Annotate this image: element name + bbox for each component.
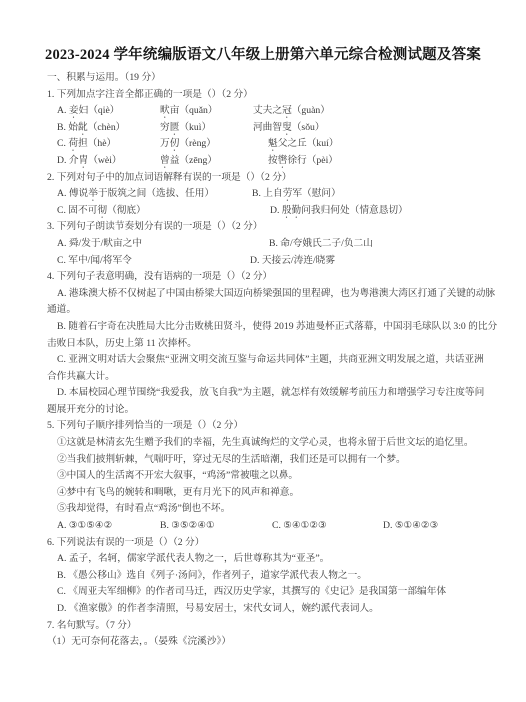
q1-option-c1: C. 荷担（hè） [57,136,116,154]
q2-option-c: C. 固不可彻（彻底） [57,203,146,221]
text-segment: A. 港珠澳大桥不仅树起了中国由桥梁大国迈向桥梁强国的里程碑，也为粤港澳大湾区打… [57,288,495,299]
q2-options-row-2: C. 固不可彻（彻底）D. 殷勤问我归何处（情意恳切） [47,203,494,220]
q5-option-c: C. ⑤④①②③ [272,518,327,535]
q1-options-row-a: A. 妾妇（qiè）畎亩（quǎn）丈夫之冠（guàn） [47,103,494,120]
text-segment: 于版筑之间（选拔、任用） [98,188,214,199]
q5-sentence-5: ⑤我却觉得，有时看点“鸡汤”倒也不坏。 [47,501,494,518]
text-segment: C. [57,138,68,149]
text-segment: 河曲智 [253,122,282,133]
q5-sentence-1: ①这就是林清玄先生赠予我们的幸福，先生真诚绚烂的文学心灵，也将永留于后世文坛的追… [47,435,494,452]
emphasis-dotted-text: 妾 [69,105,79,116]
text-segment: 7. 名句默写。（7 分） [47,620,137,631]
text-segment: A. 傅说 [57,188,88,199]
q5-sentence-4: ④梦中有飞鸟的婉转和啁啾，更有月光下的风声和禅意。 [47,485,494,502]
text-segment: C. 军中/闻/将军令 [57,255,132,266]
text-segment: C. ⑤④①②③ [272,520,327,531]
emphasis-dotted-text: 叟 [282,122,292,133]
text-segment: 按 [268,155,278,166]
text-segment: ②当我们披荆斩棘，气喘吁吁，穿过无尽的生活暗潮，我们还是可以拥有一个梦。 [57,454,406,465]
q5-option-a: A. ③①⑤④② [57,518,112,535]
text-segment: 3. 下列句子朗读节奏划分有误的一项是（）（2 分） [47,221,263,232]
emphasis-dotted-text: 仞 [170,138,180,149]
q5-stem: 5. 下列句子顺序排列恰当的一项是（）（2 分） [47,418,494,435]
q6-option-d: D. 《渔家傲》的作者李清照，号易安居士，宋代女词人，婉约派代表词人。 [47,601,494,618]
text-segment: （kuì） [179,122,211,133]
text-segment: 题展开充分的讨论。 [47,404,134,415]
exam-document-page: 2023-2024 学年统编版语文八年级上册第六单元综合检测试题及答案 一、积累… [0,0,526,702]
q7-stem: 7. 名句默写。（7 分） [47,618,494,635]
text-segment: 担（hè） [78,138,116,149]
text-segment: D. 《渔家傲》的作者李清照，号易安居士，宋代女词人，婉约派代表词人。 [57,603,379,614]
text-segment: C. 亚洲文明对话大会聚焦“亚洲文明交流互鉴与命运共同体”主题，共商亚洲文明发展… [57,354,484,365]
text-segment: ①这就是林清玄先生赠予我们的幸福，先生真诚绚烂的文学心灵，也将永留于后世文坛的追… [57,437,474,448]
emphasis-dotted-text: 辔 [278,155,288,166]
text-segment: ④梦中有飞鸟的婉转和啁啾，更有月光下的风声和禅意。 [57,487,299,498]
text-segment: 合作共赢大计。 [47,371,115,382]
q1-option-b1: B. 始龀（chèn） [57,120,125,138]
text-segment: 益（zēng） [170,155,217,166]
q4-stem: 4. 下列句子表意明确，没有语病的一项是（）（2 分） [47,269,494,286]
text-segment: 6. 下列说法有误的一项是（）（2 分） [47,537,204,548]
text-segment: D. 天接云/涛连/晓雾 [250,255,335,266]
section-1-heading: 一、积累与运用。（19 分） [47,70,494,87]
text-segment: D. 介 [57,155,79,166]
q3-option-b: B. 命/夸娥氏二子/负二山 [269,236,373,253]
q5-sentence-3: ③中国人的生活离不开宏大叙事，“鸡汤”常被嗤之以鼻。 [47,468,494,485]
document-title: 2023-2024 学年统编版语文八年级上册第六单元综合检测试题及答案 [0,46,526,64]
emphasis-dotted-text: 荷 [68,138,78,149]
q1-options-row-d: D. 介胄（wèi）曾益（zēng）按辔徐行（pèi） [47,153,494,170]
emphasis-dotted-text: 殷勤 [282,205,301,216]
q1-options-row-b: B. 始龀（chèn）穷匮（kuì）河曲智叟（sǒu） [47,120,494,137]
emphasis-dotted-text: 曾 [160,155,170,166]
q6-option-a: A. 孟子，名轲，儒家学派代表人物之一，后世尊称其为“亚圣”。 [47,551,494,568]
q6-option-b: B. 《愚公移山》选自《列子·汤问》，作者列子，道家学派代表人物之一。 [47,568,494,585]
q1-option-c3: 魁父之丘（kuí） [268,136,339,154]
text-segment: A. 舜/发于/畎亩之中 [57,238,142,249]
q5-sentence-2: ②当我们披荆斩棘，气喘吁吁，穿过无尽的生活暗潮，我们还是可以拥有一个梦。 [47,452,494,469]
q4-option-a-line-2: 通道。 [47,302,494,319]
emphasis-dotted-text: 畎 [160,105,170,116]
q1-option-d2: 曾益（zēng） [160,153,217,171]
q1-options-row-c: C. 荷担（hè）万仞（rèng）魁父之丘（kuí） [47,136,494,153]
q2-option-b: B. 上自劳军（慰问） [252,186,341,204]
q3-option-c: C. 军中/闻/将军令 [57,253,132,270]
q1-option-a3: 丈夫之冠（guàn） [253,103,330,121]
q6-stem: 6. 下列说法有误的一项是（）（2 分） [47,535,494,552]
q3-options-row-2: C. 军中/闻/将军令D. 天接云/涛连/晓雾 [47,253,494,270]
q5-option-b: B. ③⑤②④① [160,518,215,535]
text-segment: B. ③⑤②④① [160,520,215,531]
text-segment: B. 随着石宇奇在决胜局大比分击败桃田贤斗，使得 2019 苏迪曼杯正式落幕，中… [57,321,497,332]
text-segment: 通道。 [47,304,76,315]
text-segment: A. ③①⑤④② [57,520,112,531]
q4-option-a-line-1: A. 港珠澳大桥不仅树起了中国由桥梁大国迈向桥梁强国的里程碑，也为粤港澳大湾区打… [47,286,494,303]
text-segment: 5. 下列句子顺序排列恰当的一项是（）（2 分） [47,420,243,431]
text-segment: 1. 下列加点字注音全都正确的一项是（）（2 分） [47,89,253,100]
q4-option-c-line-1: C. 亚洲文明对话大会聚焦“亚洲文明交流互鉴与命运共同体”主题，共商亚洲文明发展… [47,352,494,369]
emphasis-dotted-text: 举 [88,188,98,199]
q3-option-a: A. 舜/发于/畎亩之中 [57,236,142,253]
q1-stem: 1. 下列加点字注音全都正确的一项是（）（2 分） [47,87,494,104]
text-segment: 一、积累与运用。（19 分） [47,72,161,83]
q1-option-d3: 按辔徐行（pèi） [268,153,338,171]
document-body: 一、积累与运用。（19 分）1. 下列加点字注音全都正确的一项是（）（2 分）A… [47,70,494,651]
text-segment: 父之丘（kuí） [278,138,339,149]
q4-option-d-line-2: 题展开充分的讨论。 [47,402,494,419]
text-segment: 徐行（pèi） [287,155,338,166]
text-segment: D. ⑤①④②③ [383,520,438,531]
emphasis-dotted-text: 龀 [78,122,88,133]
emphasis-dotted-text: 胄 [79,155,89,166]
text-segment: B. 《愚公移山》选自《列子·汤问》，作者列子，道家学派代表人物之一。 [57,570,367,581]
q1-option-a2: 畎亩（quǎn） [160,103,218,121]
text-segment: 妇（qiè） [79,105,120,116]
text-segment: ⑤我却觉得，有时看点“鸡汤”倒也不坏。 [57,503,230,514]
emphasis-dotted-text: 冠 [282,105,292,116]
q3-stem: 3. 下列句子朗读节奏划分有误的一项是（）（2 分） [47,219,494,236]
q4-option-b-line-2: 击败日本队，历史上第 11 次捧杯。 [47,336,494,353]
text-segment: B. 上自 [252,188,283,199]
q7-item-1: （1）无可奈何花落去，。（晏殊《浣溪沙》） [47,634,494,651]
text-segment: （彻底） [107,205,146,216]
text-segment: （1）无可奈何花落去，。（晏殊《浣溪沙》） [47,636,231,647]
q6-option-c: C. 《周亚夫军细柳》的作者司马迁，西汉历史学家，其撰写的《史记》是我国第一部编… [47,584,494,601]
q3-option-d: D. 天接云/涛连/晓雾 [250,253,335,270]
q2-option-d: D. 殷勤问我归何处（情意恳切） [270,203,408,221]
text-segment: （sǒu） [292,122,325,133]
text-segment: ③中国人的生活离不开宏大叙事，“鸡汤”常被嗤之以鼻。 [57,470,298,481]
text-segment: 问我归何处（情意恳切） [301,205,408,216]
text-segment: B. 命/夸娥氏二子/负二山 [269,238,373,249]
q1-option-d1: D. 介胄（wèi） [57,153,122,171]
q1-option-a1: A. 妾妇（qiè） [57,103,119,121]
emphasis-dotted-text: 劳 [283,188,293,199]
text-segment: 万 [160,138,170,149]
text-segment: B. 始 [57,122,78,133]
text-segment: （rèng） [179,138,216,149]
text-segment: D. 本届校园心理节围绕“我爱我，放飞自我”为主题，就怎样有效缓解考前压力和增强… [57,387,484,398]
text-segment: （wèi） [88,155,121,166]
q1-option-b3: 河曲智叟（sǒu） [253,120,325,138]
q2-stem: 2. 下列对句子中的加点词语解释有误的一项是（）（2 分） [47,170,494,187]
text-segment: 穷 [160,122,170,133]
text-segment: D. [270,205,282,216]
q1-option-c2: 万仞（rèng） [160,136,216,154]
text-segment: 亩（quǎn） [170,105,218,116]
text-segment: 击败日本队，历史上第 11 次捧杯。 [47,338,197,349]
emphasis-dotted-text: 魁 [268,138,278,149]
q4-option-b-line-1: B. 随着石宇奇在决胜局大比分击败桃田贤斗，使得 2019 苏迪曼杯正式落幕，中… [47,319,494,336]
emphasis-dotted-text: 匮 [170,122,180,133]
q2-option-a: A. 傅说举于版筑之间（选拔、任用） [57,186,214,204]
q5-options-row: A. ③①⑤④②B. ③⑤②④①C. ⑤④①②③D. ⑤①④②③ [47,518,494,535]
text-segment: 2. 下列对句子中的加点词语解释有误的一项是（）（2 分） [47,172,292,183]
text-segment: 丈夫之 [253,105,282,116]
text-segment: 军（慰问） [292,188,340,199]
emphasis-dotted-text: 彻 [97,205,107,216]
q4-option-c-line-2: 合作共赢大计。 [47,369,494,386]
text-segment: C. 固不可 [57,205,97,216]
text-segment: A. 孟子，名轲，儒家学派代表人物之一，后世尊称其为“亚圣”。 [57,553,329,564]
text-segment: C. 《周亚夫军细柳》的作者司马迁，西汉历史学家，其撰写的《史记》是我国第一部编… [57,586,446,597]
q4-option-d-line-1: D. 本届校园心理节围绕“我爱我，放飞自我”为主题，就怎样有效缓解考前压力和增强… [47,385,494,402]
text-segment: （guàn） [292,105,330,116]
q1-option-b2: 穷匮（kuì） [160,120,211,138]
q2-options-row-1: A. 傅说举于版筑之间（选拔、任用）B. 上自劳军（慰问） [47,186,494,203]
q3-options-row-1: A. 舜/发于/畎亩之中B. 命/夸娥氏二子/负二山 [47,236,494,253]
q5-option-d: D. ⑤①④②③ [383,518,438,535]
text-segment: A. [57,105,69,116]
text-segment: （chèn） [88,122,126,133]
text-segment: 4. 下列句子表意明确，没有语病的一项是（）（2 分） [47,271,272,282]
